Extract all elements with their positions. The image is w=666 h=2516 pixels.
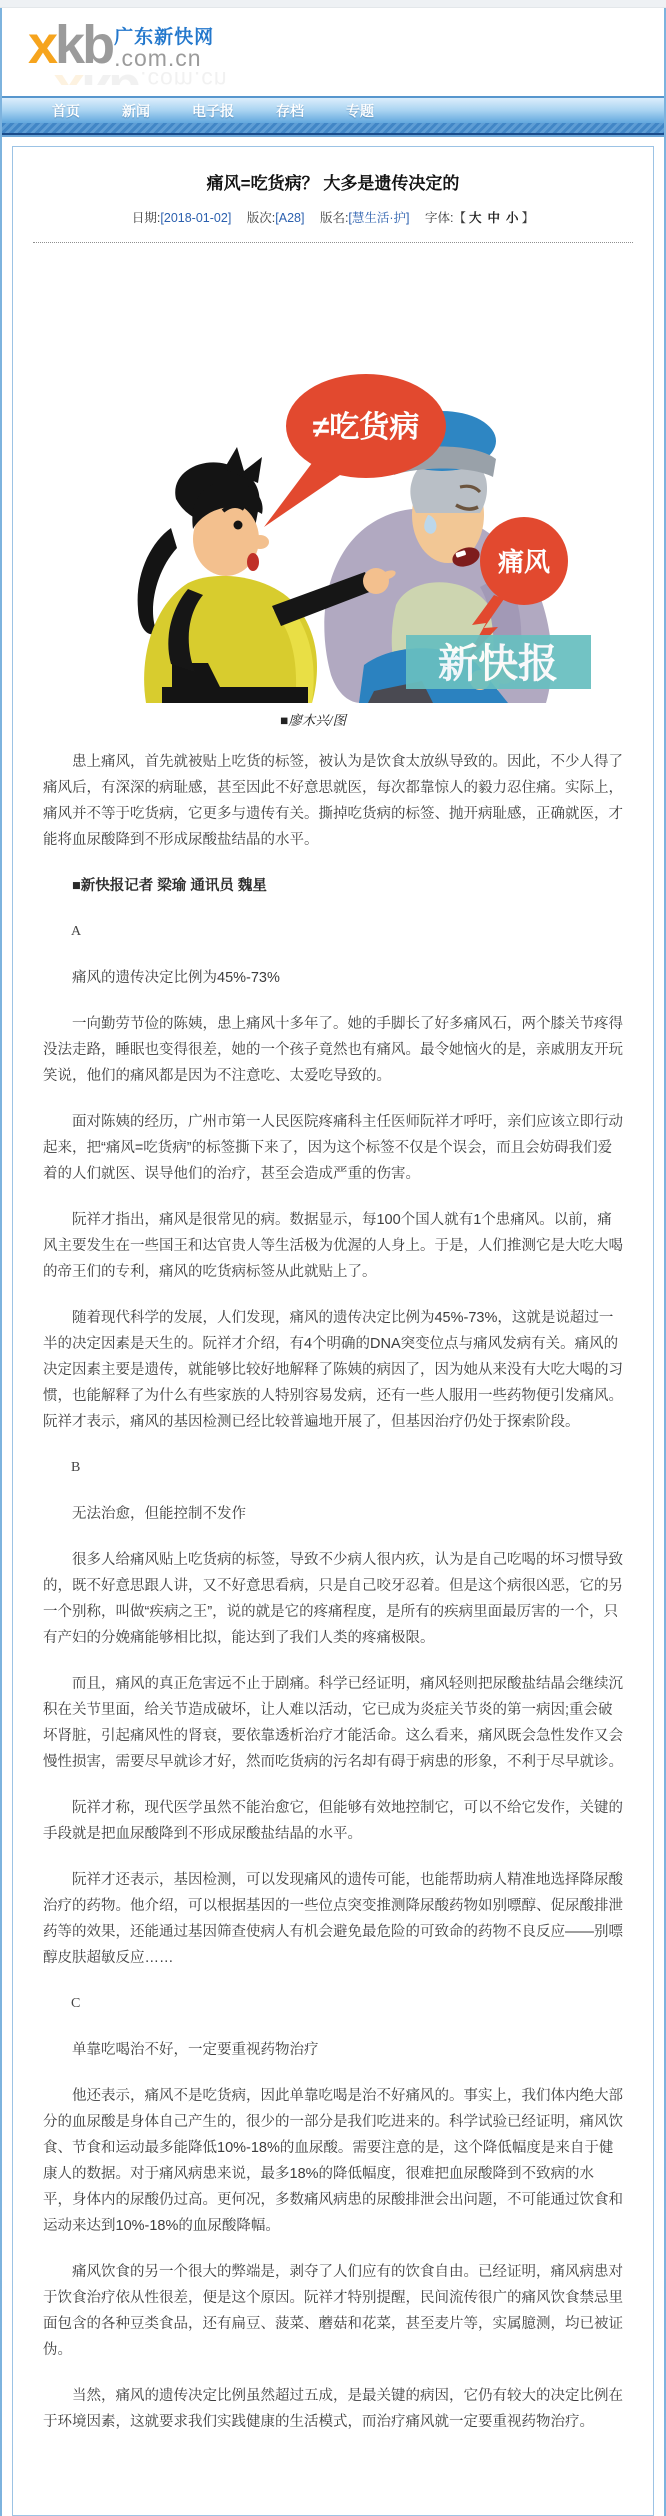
- nav-bottom-line: [2, 133, 664, 137]
- article-illustration: 痛风: [76, 243, 591, 703]
- font-size-link-medium[interactable]: 中: [488, 211, 501, 225]
- logo-x: x: [28, 15, 55, 75]
- woman-mouth: [247, 553, 259, 571]
- paragraph: 阮祥才称，现代医学虽然不能治愈它，但能够有效地控制它，可以不给它发作，关键的手段…: [43, 1795, 623, 1847]
- nav-stripes-decoration: [2, 123, 664, 133]
- page: xkb 广东新快网 .com.cn xkb 广东新快网 .com.cn 首页新闻…: [0, 8, 666, 2516]
- paragraph: 当然，痛风的遗传决定比例虽然超过五成，是最关键的病因，它仍有较大的决定比例在于环…: [43, 2383, 623, 2435]
- paragraph: 而且，痛风的真正危害远不止于剧痛。科学已经证明，痛风轻则把尿酸盐结晶会继续沉积在…: [43, 1671, 623, 1775]
- nav-item-news[interactable]: 新闻: [122, 101, 150, 121]
- article-title: 痛风=吃货病？ 大多是遗传决定的: [41, 169, 625, 194]
- article-body: 患上痛风，首先就被贴上吃货的标签，被认为是饮食太放纵导致的。因此，不少人得了痛风…: [41, 749, 625, 2435]
- paragraph-letter: A: [43, 919, 623, 945]
- logo-right: 广东新快网 .com.cn: [114, 22, 214, 69]
- browser-top-strip: [0, 0, 666, 8]
- nav-item-special[interactable]: 专题: [346, 101, 374, 121]
- font-size-link-small[interactable]: 小: [506, 211, 519, 225]
- paragraph: 一向勤劳节俭的陈姨，患上痛风十多年了。她的手脚长了好多痛风石，两个膝关节疼得没法…: [43, 1011, 623, 1089]
- font-size-link-large[interactable]: 大: [469, 211, 482, 225]
- meta-section: 版名:[慧生活·护]: [320, 211, 410, 225]
- paragraph-letter: C: [43, 1991, 623, 2017]
- font-size-controls: 大中小: [466, 211, 522, 225]
- paragraph: 患上痛风，首先就被贴上吃货的标签，被认为是饮食太放纵导致的。因此，不少人得了痛风…: [43, 749, 623, 853]
- illustration-caption: ■廖木兴/图: [41, 709, 585, 729]
- site-domain: .com.cn: [114, 49, 214, 69]
- paragraph-subhead: 无法治愈，但能控制不发作: [43, 1501, 623, 1527]
- nav-item-archive[interactable]: 存档: [276, 101, 304, 121]
- site-logo[interactable]: xkb 广东新快网 .com.cn: [28, 22, 258, 69]
- not-foodie-bubble-text: ≠吃货病: [312, 410, 418, 444]
- gout-bubble-text: 痛风: [497, 547, 549, 577]
- meta-date: 日期:[2018-01-02]: [132, 211, 231, 225]
- paragraph: 随着现代科学的发展，人们发现，痛风的遗传决定比例为45%-73%，这就是说超过一…: [43, 1305, 623, 1435]
- woman-eye: [233, 521, 242, 530]
- article-meta: 日期:[2018-01-02] 版次:[A28] 版名:[慧生活·护] 字体:【…: [41, 208, 625, 226]
- article-container: 痛风=吃货病？ 大多是遗传决定的 日期:[2018-01-02] 版次:[A28…: [12, 146, 654, 2516]
- logo-kb: kb: [55, 15, 112, 75]
- watermark-text: 新快报: [438, 642, 558, 686]
- paragraph: 阮祥才还表示，基因检测，可以发现痛风的遗传可能，也能帮助病人精准地选择降尿酸治疗…: [43, 1867, 623, 1971]
- paragraph: 很多人给痛风贴上吃货病的标签，导致不少病人很内疚，认为是自己吃喝的坏习惯导致的，…: [43, 1547, 623, 1651]
- nav-item-epaper[interactable]: 电子报: [192, 101, 234, 121]
- paragraph-subhead: 单靠吃喝治不好，一定要重视药物治疗: [43, 2037, 623, 2063]
- nav-item-home[interactable]: 首页: [52, 101, 80, 121]
- paragraph-byline: ■新快报记者 梁瑜 通讯员 魏星: [43, 873, 623, 899]
- paragraph-letter: B: [43, 1455, 623, 1481]
- paragraph-subhead: 痛风的遗传决定比例为45%-73%: [43, 965, 623, 991]
- paragraph: 面对陈姨的经历，广州市第一人民医院疼痛科主任医师阮祥才呼吁，亲们应该立即行动起来…: [43, 1109, 623, 1187]
- xkb-watermark: 新快报: [406, 635, 591, 689]
- paragraph: 他还表示，痛风不是吃货病，因此单靠吃喝是治不好痛风的。事实上，我们体内绝大部分的…: [43, 2083, 623, 2239]
- site-header: xkb 广东新快网 .com.cn xkb 广东新快网 .com.cn: [2, 8, 664, 96]
- woman-nose: [251, 535, 269, 549]
- nav: 首页新闻电子报存档专题: [2, 96, 664, 123]
- paragraph: 阮祥才指出，痛风是很常见的病。数据显示，每100个国人就有1个患痛风。以前，痛风…: [43, 1207, 623, 1285]
- meta-font-size: 字体:【大中小】: [425, 211, 534, 225]
- meta-edition: 版次:[A28]: [247, 211, 305, 225]
- cartoon-gout-illustration: 痛风: [76, 243, 591, 703]
- logo-xkb-text: xkb: [28, 23, 112, 69]
- paragraph: 痛风饮食的另一个很大的弊端是，剥夺了人们应有的饮食自由。已经证明，痛风病患对于饮…: [43, 2259, 623, 2363]
